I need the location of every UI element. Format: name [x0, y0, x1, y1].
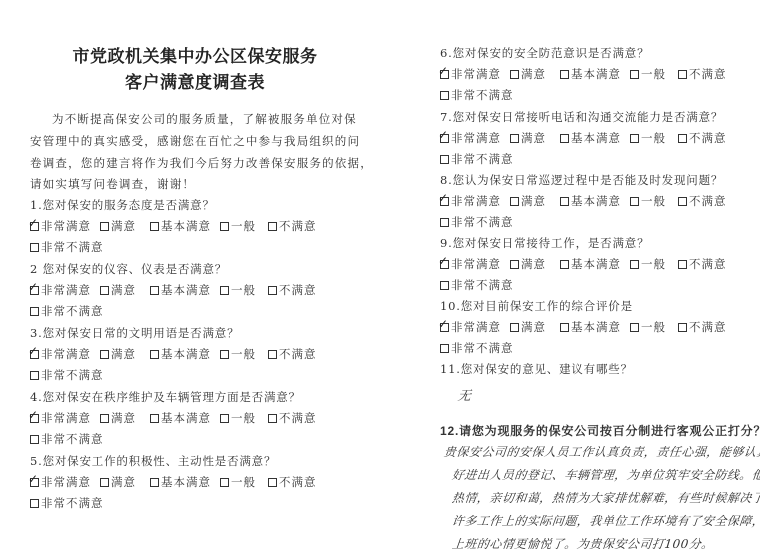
question-10-options: ✓非常满意满意基本满意一般不满意非常不满意 [440, 319, 760, 335]
option-label: 一般 [641, 193, 666, 209]
check-mark-icon: ✓ [28, 281, 39, 293]
option-dissatisfied[interactable]: 不满意 [678, 130, 727, 146]
option-neutral[interactable]: 一般 [630, 256, 666, 272]
option-very-dissatisfied[interactable]: 非常不满意 [440, 340, 514, 356]
option-label: 基本满意 [161, 346, 211, 362]
question-9: 9.您对保安日常接待工作，是否满意？ [440, 235, 649, 251]
option-label: 满意 [111, 282, 136, 298]
option-very-dissatisfied[interactable]: 非常不满意 [30, 431, 104, 447]
check-mark-icon: ✓ [438, 129, 449, 141]
option-very-satisfied[interactable]: ✓非常满意 [30, 282, 91, 298]
checkbox[interactable]: ✓ [30, 478, 39, 487]
question-3: 3.您对保安日常的文明用语是否满意？ [30, 325, 239, 341]
checkbox[interactable] [510, 323, 519, 332]
checkbox[interactable] [630, 197, 639, 206]
question-7: 7.您对保安日常接听电话和沟通交流能力是否满意？ [440, 109, 723, 125]
checkbox[interactable] [100, 222, 109, 231]
checkbox[interactable] [268, 286, 277, 295]
checkbox[interactable] [440, 281, 449, 290]
option-label: 基本满意 [571, 193, 621, 209]
option-very-dissatisfied[interactable]: 非常不满意 [440, 87, 514, 103]
intro-line-2: 安管理中的真实感受，感谢您在百忙之中参与我局组织的问 [30, 133, 360, 149]
checkbox[interactable]: ✓ [30, 350, 39, 359]
option-satisfied[interactable]: 满意 [100, 218, 136, 234]
check-mark-icon: ✓ [438, 192, 449, 204]
option-dissatisfied[interactable]: 不满意 [268, 282, 317, 298]
checkbox[interactable] [678, 197, 687, 206]
option-label: 不满意 [279, 218, 317, 234]
question-1-options: ✓非常满意满意基本满意一般不满意非常不满意 [30, 218, 350, 234]
option-label: 不满意 [689, 130, 727, 146]
option-basically-satisfied[interactable]: 基本满意 [560, 130, 621, 146]
checkbox[interactable]: ✓ [30, 414, 39, 423]
checkbox[interactable] [678, 70, 687, 79]
option-label: 满意 [111, 410, 136, 426]
option-very-dissatisfied[interactable]: 非常不满意 [440, 214, 514, 230]
option-label: 非常不满意 [451, 87, 514, 103]
checkbox[interactable] [150, 222, 159, 231]
option-label: 一般 [641, 319, 666, 335]
checkbox[interactable] [440, 218, 449, 227]
option-very-dissatisfied[interactable]: 非常不满意 [30, 303, 104, 319]
option-neutral[interactable]: 一般 [630, 130, 666, 146]
option-neutral[interactable]: 一般 [220, 218, 256, 234]
option-label: 非常满意 [41, 346, 91, 362]
option-label: 非常满意 [41, 474, 91, 490]
question-12-answer-line-2: 好进出人员的登记、车辆管理，为单位筑牢安全防线。他们服务 [451, 466, 760, 483]
question-2: 2 您对保安的仪容、仪表是否满意？ [30, 261, 227, 277]
check-mark-icon: ✓ [28, 345, 39, 357]
option-label: 基本满意 [161, 282, 211, 298]
option-label: 一般 [641, 256, 666, 272]
checkbox[interactable] [510, 260, 519, 269]
option-dissatisfied[interactable]: 不满意 [678, 66, 727, 82]
checkbox[interactable] [440, 155, 449, 164]
checkbox[interactable] [150, 286, 159, 295]
option-label: 不满意 [279, 474, 317, 490]
option-basically-satisfied[interactable]: 基本满意 [560, 256, 621, 272]
option-label: 基本满意 [161, 410, 211, 426]
option-label: 基本满意 [571, 66, 621, 82]
checkbox[interactable] [220, 222, 229, 231]
option-very-satisfied[interactable]: ✓非常满意 [440, 193, 501, 209]
option-label: 不满意 [689, 319, 727, 335]
option-neutral[interactable]: 一般 [220, 474, 256, 490]
check-mark-icon: ✓ [28, 473, 39, 485]
option-basically-satisfied[interactable]: 基本满意 [150, 282, 211, 298]
option-satisfied[interactable]: 满意 [100, 346, 136, 362]
option-very-dissatisfied[interactable]: 非常不满意 [30, 367, 104, 383]
checkbox[interactable] [150, 414, 159, 423]
question-8-options: ✓非常满意满意基本满意一般不满意非常不满意 [440, 193, 760, 209]
checkbox[interactable] [30, 243, 39, 252]
option-label: 满意 [521, 130, 546, 146]
question-5-options: ✓非常满意满意基本满意一般不满意非常不满意 [30, 474, 350, 490]
checkbox[interactable] [30, 499, 39, 508]
checkbox[interactable] [630, 323, 639, 332]
option-neutral[interactable]: 一般 [220, 410, 256, 426]
option-satisfied[interactable]: 满意 [510, 130, 546, 146]
option-dissatisfied[interactable]: 不满意 [268, 218, 317, 234]
option-label: 基本满意 [571, 130, 621, 146]
checkbox[interactable] [150, 350, 159, 359]
option-basically-satisfied[interactable]: 基本满意 [150, 218, 211, 234]
option-label: 非常满意 [451, 66, 501, 82]
option-neutral[interactable]: 一般 [630, 66, 666, 82]
option-label: 基本满意 [161, 218, 211, 234]
option-label: 非常不满意 [451, 214, 514, 230]
checkbox[interactable] [268, 414, 277, 423]
option-label: 非常不满意 [451, 277, 514, 293]
option-very-dissatisfied[interactable]: 非常不满意 [440, 151, 514, 167]
option-basically-satisfied[interactable]: 基本满意 [560, 319, 621, 335]
question-12-answer-line-4: 许多工作上的实际问题，我单位工作环境有了安全保障，也让大家 [451, 512, 760, 529]
checkbox[interactable] [440, 344, 449, 353]
option-label: 满意 [521, 66, 546, 82]
checkbox[interactable] [220, 286, 229, 295]
question-1: 1.您对保安的服务态度是否满意？ [30, 197, 215, 213]
option-satisfied[interactable]: 满意 [510, 66, 546, 82]
option-very-satisfied[interactable]: ✓非常满意 [440, 319, 501, 335]
option-label: 非常不满意 [41, 431, 104, 447]
check-mark-icon: ✓ [438, 318, 449, 330]
question-4: 4.您对保安在秩序维护及车辆管理方面是否满意？ [30, 389, 301, 405]
title-line-2: 客户满意度调查表 [0, 68, 390, 93]
option-label: 一般 [231, 410, 256, 426]
checkbox[interactable] [268, 350, 277, 359]
question-5: 5.您对保安工作的积极性、主动性是否满意？ [30, 453, 276, 469]
title-line-1: 市党政机关集中办公区保安服务 [0, 42, 390, 67]
intro-line-3: 卷调查，您的建言将作为我们今后努力改善保安服务的依据， [30, 155, 373, 171]
option-label: 非常满意 [41, 410, 91, 426]
checkbox[interactable] [30, 435, 39, 444]
checkbox[interactable] [630, 134, 639, 143]
checkbox[interactable] [220, 350, 229, 359]
checkbox[interactable] [510, 134, 519, 143]
option-label: 一般 [231, 218, 256, 234]
option-dissatisfied[interactable]: 不满意 [268, 346, 317, 362]
option-label: 不满意 [279, 410, 317, 426]
question-9-options: ✓非常满意满意基本满意一般不满意非常不满意 [440, 256, 760, 272]
checkbox[interactable]: ✓ [440, 197, 449, 206]
option-dissatisfied[interactable]: 不满意 [678, 319, 727, 335]
checkbox[interactable] [560, 197, 569, 206]
option-very-satisfied[interactable]: ✓非常满意 [30, 346, 91, 362]
checkbox[interactable]: ✓ [30, 222, 39, 231]
check-mark-icon: ✓ [28, 217, 39, 229]
option-label: 满意 [111, 474, 136, 490]
option-basically-satisfied[interactable]: 基本满意 [150, 410, 211, 426]
option-label: 非常不满意 [41, 303, 104, 319]
checkbox[interactable] [560, 260, 569, 269]
option-label: 非常满意 [451, 319, 501, 335]
question-7-options: ✓非常满意满意基本满意一般不满意非常不满意 [440, 130, 760, 146]
option-very-satisfied[interactable]: ✓非常满意 [440, 256, 501, 272]
option-satisfied[interactable]: 满意 [100, 474, 136, 490]
option-label: 一般 [641, 130, 666, 146]
question-12-answer-line-3: 热情，亲切和蔼，热情为大家排忧解难，有些时候解决了 [451, 489, 760, 506]
option-very-satisfied[interactable]: ✓非常满意 [440, 66, 501, 82]
checkbox[interactable] [220, 414, 229, 423]
question-6-options: ✓非常满意满意基本满意一般不满意非常不满意 [440, 66, 760, 82]
option-very-satisfied[interactable]: ✓非常满意 [30, 474, 91, 490]
option-label: 不满意 [279, 346, 317, 362]
question-6: 6.您对保安的安全防范意识是否满意？ [440, 45, 649, 61]
option-label: 满意 [521, 319, 546, 335]
checkbox[interactable]: ✓ [440, 323, 449, 332]
option-label: 一般 [231, 474, 256, 490]
option-label: 非常不满意 [451, 151, 514, 167]
option-label: 不满意 [279, 282, 317, 298]
question-11-answer: 无 [457, 385, 473, 404]
checkbox[interactable] [100, 478, 109, 487]
option-very-satisfied[interactable]: ✓非常满意 [30, 410, 91, 426]
checkbox[interactable] [678, 323, 687, 332]
option-basically-satisfied[interactable]: 基本满意 [560, 66, 621, 82]
question-8: 8.您认为保安日常巡逻过程中是否能及时发现问题？ [440, 172, 723, 188]
checkbox[interactable] [268, 222, 277, 231]
option-label: 非常不满意 [41, 495, 104, 511]
option-label: 不满意 [689, 66, 727, 82]
option-very-dissatisfied[interactable]: 非常不满意 [30, 239, 104, 255]
option-neutral[interactable]: 一般 [630, 319, 666, 335]
option-dissatisfied[interactable]: 不满意 [268, 410, 317, 426]
option-label: 满意 [111, 218, 136, 234]
intro-line-4: 请如实填写问卷调查，谢谢！ [30, 176, 195, 192]
option-satisfied[interactable]: 满意 [510, 193, 546, 209]
checkbox[interactable] [678, 260, 687, 269]
checkbox[interactable] [560, 323, 569, 332]
question-2-options: ✓非常满意满意基本满意一般不满意非常不满意 [30, 282, 350, 298]
check-mark-icon: ✓ [438, 65, 449, 77]
option-label: 非常满意 [451, 193, 501, 209]
option-very-satisfied[interactable]: ✓非常满意 [30, 218, 91, 234]
checkbox[interactable] [510, 197, 519, 206]
checkbox[interactable] [268, 478, 277, 487]
option-satisfied[interactable]: 满意 [510, 256, 546, 272]
option-label: 基本满意 [571, 256, 621, 272]
option-very-satisfied[interactable]: ✓非常满意 [440, 130, 501, 146]
question-10: 10.您对目前保安工作的综合评价是 [440, 298, 633, 314]
question-12: 12.请您为现服务的保安公司按百分制进行客观公正打分？ [440, 422, 760, 439]
question-3-options: ✓非常满意满意基本满意一般不满意非常不满意 [30, 346, 350, 362]
option-dissatisfied[interactable]: 不满意 [678, 256, 727, 272]
check-mark-icon: ✓ [438, 255, 449, 267]
option-label: 非常不满意 [41, 367, 104, 383]
option-dissatisfied[interactable]: 不满意 [678, 193, 727, 209]
question-12-answer-line-5: 上班的心情更愉悦了。为贵保安公司打100分。 [451, 535, 715, 552]
option-label: 满意 [521, 193, 546, 209]
option-label: 一般 [641, 66, 666, 82]
option-label: 不满意 [689, 193, 727, 209]
left-page: 市党政机关集中办公区保安服务 客户满意度调查表 为不断提高保安公司的服务质量，了… [0, 0, 390, 558]
option-satisfied[interactable]: 满意 [100, 282, 136, 298]
option-label: 非常满意 [41, 218, 91, 234]
checkbox[interactable] [510, 70, 519, 79]
checkbox[interactable] [560, 134, 569, 143]
option-neutral[interactable]: 一般 [220, 282, 256, 298]
checkbox[interactable] [678, 134, 687, 143]
checkbox[interactable] [440, 91, 449, 100]
option-satisfied[interactable]: 满意 [510, 319, 546, 335]
option-satisfied[interactable]: 满意 [100, 410, 136, 426]
checkbox[interactable]: ✓ [440, 70, 449, 79]
question-4-options: ✓非常满意满意基本满意一般不满意非常不满意 [30, 410, 350, 426]
option-basically-satisfied[interactable]: 基本满意 [150, 346, 211, 362]
option-label: 满意 [521, 256, 546, 272]
option-label: 满意 [111, 346, 136, 362]
option-basically-satisfied[interactable]: 基本满意 [560, 193, 621, 209]
option-label: 非常不满意 [451, 340, 514, 356]
option-neutral[interactable]: 一般 [630, 193, 666, 209]
option-very-dissatisfied[interactable]: 非常不满意 [440, 277, 514, 293]
option-label: 不满意 [689, 256, 727, 272]
option-label: 基本满意 [571, 319, 621, 335]
checkbox[interactable] [630, 70, 639, 79]
check-mark-icon: ✓ [28, 409, 39, 421]
intro-line-1: 为不断提高保安公司的服务质量，了解被服务单位对保 [52, 111, 357, 127]
option-label: 非常满意 [451, 130, 501, 146]
option-very-dissatisfied[interactable]: 非常不满意 [30, 495, 104, 511]
checkbox[interactable] [30, 371, 39, 380]
option-label: 一般 [231, 282, 256, 298]
option-label: 非常满意 [451, 256, 501, 272]
checkbox[interactable] [560, 70, 569, 79]
option-neutral[interactable]: 一般 [220, 346, 256, 362]
checkbox[interactable] [630, 260, 639, 269]
option-label: 非常不满意 [41, 239, 104, 255]
option-basically-satisfied[interactable]: 基本满意 [150, 474, 211, 490]
option-label: 非常满意 [41, 282, 91, 298]
checkbox[interactable] [150, 478, 159, 487]
right-page: 6.您对保安的安全防范意识是否满意？✓非常满意满意基本满意一般不满意非常不满意7… [400, 0, 760, 558]
checkbox[interactable]: ✓ [30, 286, 39, 295]
option-label: 基本满意 [161, 474, 211, 490]
checkbox[interactable] [100, 286, 109, 295]
option-label: 一般 [231, 346, 256, 362]
option-dissatisfied[interactable]: 不满意 [268, 474, 317, 490]
checkbox[interactable] [100, 414, 109, 423]
checkbox[interactable] [220, 478, 229, 487]
checkbox[interactable]: ✓ [440, 134, 449, 143]
checkbox[interactable]: ✓ [440, 260, 449, 269]
checkbox[interactable] [30, 307, 39, 316]
checkbox[interactable] [100, 350, 109, 359]
question-12-answer-line-1: 贵保安公司的安保人员工作认真负责，责任心强，能够认真做 [443, 443, 760, 460]
question-11: 11.您对保安的意见、建议有哪些？ [440, 361, 633, 377]
